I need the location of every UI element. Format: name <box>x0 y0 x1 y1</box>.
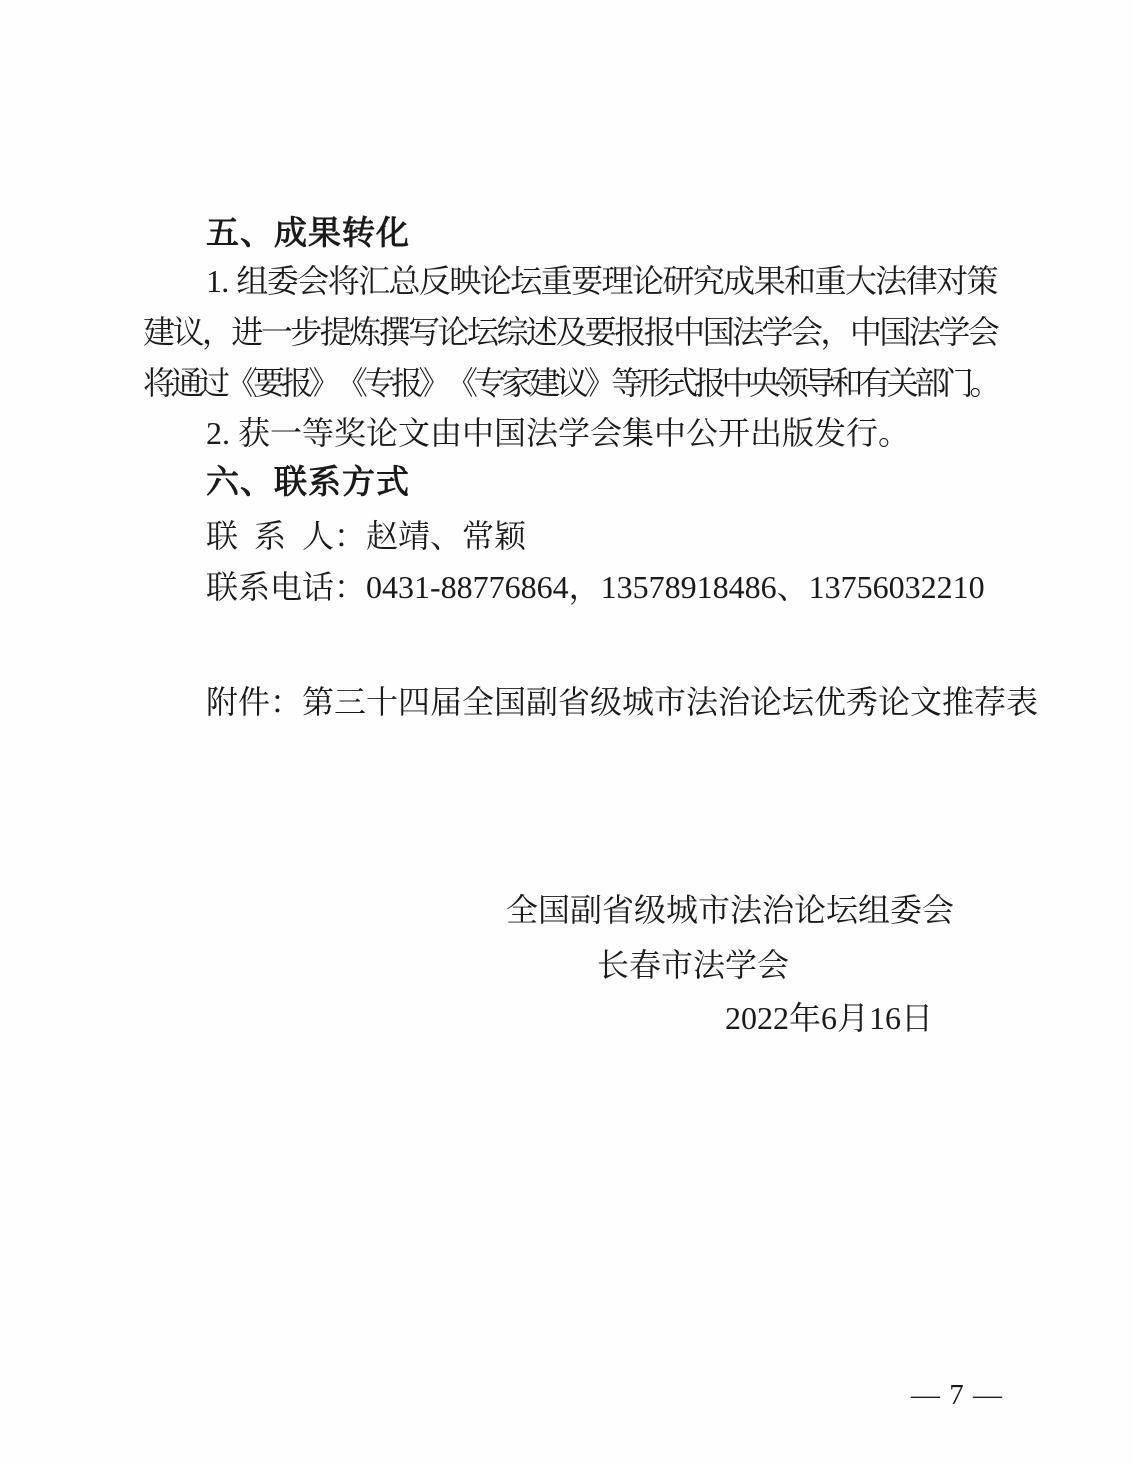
signature-organization-line1: 全国副省级城市法治论坛组委会 <box>506 890 954 930</box>
document-page: 五、成果转化 1. 组委会将汇总反映论坛重要理论研究成果和重大法律对策 建议，进… <box>0 0 1133 1467</box>
signature-date: 2022年6月16日 <box>725 998 933 1038</box>
contact-person-line: 联 系 人：赵靖、常颖 <box>206 516 526 556</box>
section5-paragraph1-line2: 建议，进一步提炼撰写论坛综述及要报报中国法学会，中国法学会 <box>143 312 997 352</box>
section5-heading: 五、成果转化 <box>206 213 410 253</box>
contact-phone-line: 联系电话：0431-88776864，13578918486、137560322… <box>206 567 985 607</box>
section5-paragraph1-line1: 1. 组委会将汇总反映论坛重要理论研究成果和重大法律对策 <box>143 261 997 301</box>
section6-heading: 六、联系方式 <box>206 462 410 502</box>
section5-paragraph2: 2. 获一等奖论文由中国法学会集中公开出版发行。 <box>206 413 910 453</box>
page-number: — 7 — <box>911 1378 1003 1412</box>
signature-organization-line2: 长春市法学会 <box>597 945 789 985</box>
attachment-line: 附件：第三十四届全国副省级城市法治论坛优秀论文推荐表 <box>206 682 1038 722</box>
section5-paragraph1-line3: 将通过《要报》《专报》《专家建议》等形式报中央领导和有关部门。 <box>143 363 997 403</box>
